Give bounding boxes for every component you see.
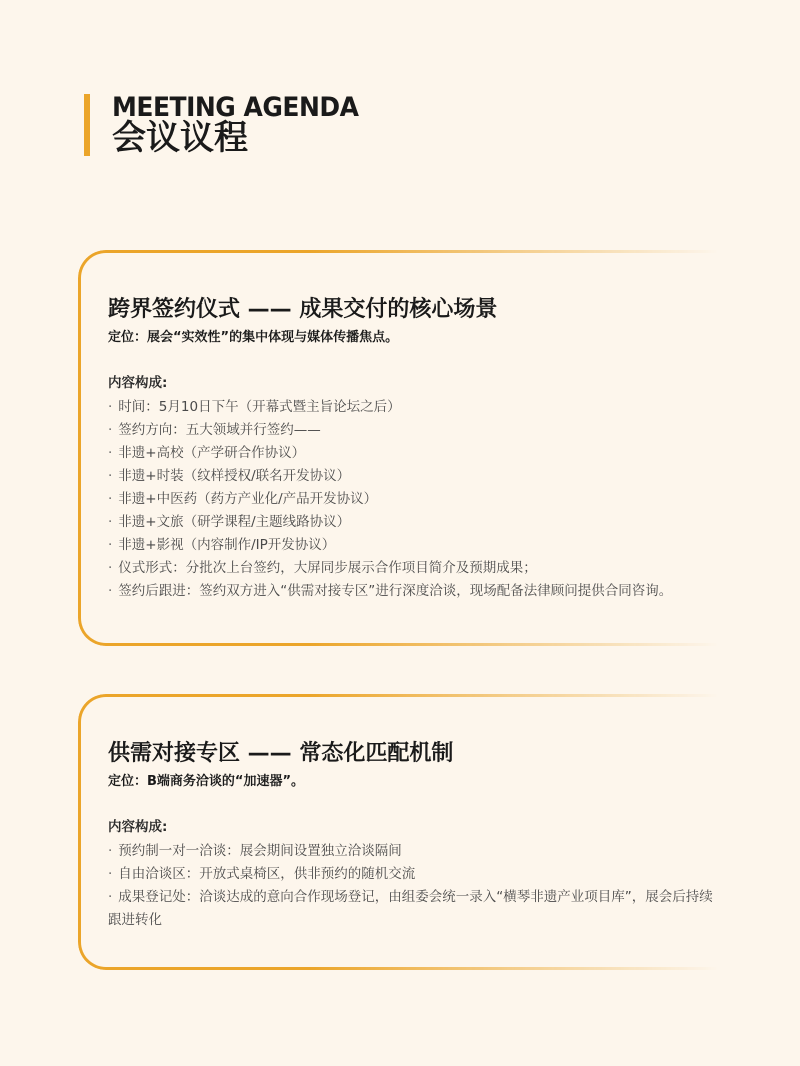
- card-subtitle: 定位：B端商务洽谈的“加速器”。: [108, 773, 304, 791]
- list-item: ·非遗+文旅（研学课程/主题线路协议）: [108, 511, 748, 534]
- header-title-en: MEETING AGENDA: [112, 92, 359, 122]
- list-item: ·签约方向：五大领域并行签约——: [108, 419, 748, 442]
- bullet-icon: ·: [108, 468, 112, 484]
- bullet-icon: ·: [108, 422, 112, 438]
- list-item: ·仪式形式：分批次上台签约，大屏同步展示合作项目简介及预期成果；: [108, 557, 748, 580]
- bullet-icon: ·: [108, 514, 112, 530]
- bullet-icon: ·: [108, 399, 112, 415]
- bullet-icon: ·: [108, 445, 112, 461]
- list-item: ·成果登记处：洽谈达成的意向合作现场登记，由组委会统一录入“横琴非遗产业项目库”…: [108, 886, 720, 932]
- content-label: 内容构成:: [108, 374, 167, 392]
- bullet-icon: ·: [108, 843, 112, 859]
- bullet-icon: ·: [108, 491, 112, 507]
- bullet-icon: ·: [108, 889, 112, 905]
- header-title-zh: 会议议程: [112, 119, 359, 157]
- list-item: ·非遗+高校（产学研合作协议）: [108, 442, 748, 465]
- card-subtitle: 定位：展会“实效性”的集中体现与媒体传播焦点。: [108, 329, 398, 347]
- card-title: 供需对接专区 —— 常态化匹配机制: [108, 740, 453, 768]
- card-title: 跨界签约仪式 —— 成果交付的核心场景: [108, 296, 497, 324]
- agenda-card-signing-ceremony: 跨界签约仪式 —— 成果交付的核心场景 定位：展会“实效性”的集中体现与媒体传播…: [78, 250, 738, 646]
- page-header: MEETING AGENDA 会议议程: [84, 92, 359, 157]
- bullet-icon: ·: [108, 583, 112, 599]
- content-list: ·预约制一对一洽谈：展会期间设置独立洽谈隔间 ·自由洽谈区：开放式桌椅区，供非预…: [108, 840, 720, 932]
- bullet-icon: ·: [108, 866, 112, 882]
- list-item: ·非遗+中医药（药方产业化/产品开发协议）: [108, 488, 748, 511]
- list-item: ·时间：5月10日下午（开幕式暨主旨论坛之后）: [108, 396, 748, 419]
- list-item: ·非遗+时装（纹样授权/联名开发协议）: [108, 465, 748, 488]
- list-item: ·非遗+影视（内容制作/IP开发协议）: [108, 534, 748, 557]
- list-item: ·自由洽谈区：开放式桌椅区，供非预约的随机交流: [108, 863, 720, 886]
- content-list: ·时间：5月10日下午（开幕式暨主旨论坛之后） ·签约方向：五大领域并行签约——…: [108, 396, 748, 603]
- list-item: ·签约后跟进：签约双方进入“供需对接专区”进行深度洽谈，现场配备法律顾问提供合同…: [108, 580, 748, 603]
- agenda-card-matchmaking-zone: 供需对接专区 —— 常态化匹配机制 定位：B端商务洽谈的“加速器”。 内容构成:…: [78, 694, 738, 970]
- accent-bar: [84, 94, 90, 156]
- list-item: ·预约制一对一洽谈：展会期间设置独立洽谈隔间: [108, 840, 720, 863]
- bullet-icon: ·: [108, 537, 112, 553]
- content-label: 内容构成:: [108, 818, 167, 836]
- bullet-icon: ·: [108, 560, 112, 576]
